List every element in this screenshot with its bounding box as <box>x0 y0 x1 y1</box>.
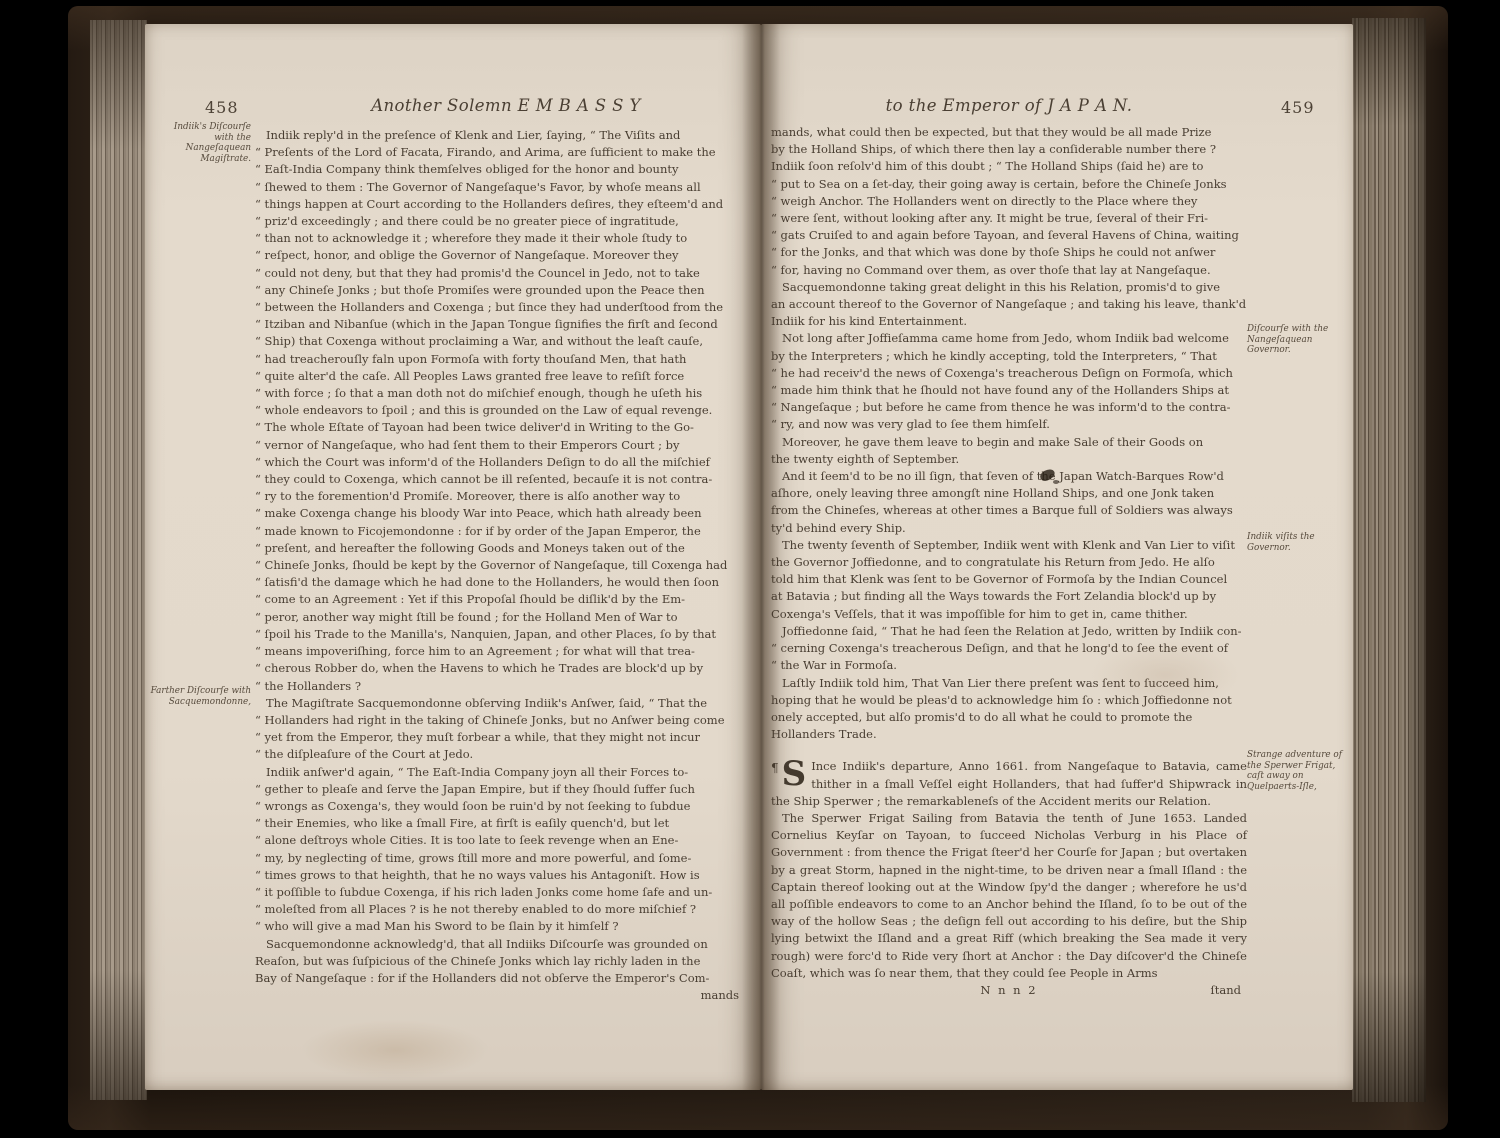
catchword: ſtand <box>1210 982 1241 999</box>
right-text-column: mands, what could then be expected, but … <box>771 124 1247 999</box>
paragraph: Indiik anſwer'd again, “ The Eaſt-India … <box>255 764 757 936</box>
book-photograph: 458 Another Solemn E M B A S S Y Indiik'… <box>0 0 1500 1138</box>
ink-blot <box>1053 480 1059 484</box>
paragraph: Moreover, he gave them leave to begin an… <box>771 434 1247 468</box>
paragraph-shipwreck-intro: ¶SInce Indiik's departure, Anno 1661. fr… <box>771 758 1247 810</box>
running-header-right: to the Emperor of J A P A N. <box>771 96 1247 115</box>
signature-mark: N n n 2 <box>771 982 1247 999</box>
right-page: 459 to the Emperor of J A P A N. Diſcour… <box>761 24 1353 1090</box>
paragraph: The Sperwer Frigat Sailing from Batavia … <box>771 810 1247 982</box>
left-text-column: Indiik reply'd in the preſence of Klenk … <box>255 127 757 1004</box>
margin-note: Strange adventure of the Sperwer Frigat,… <box>1247 750 1349 792</box>
running-header-left: Another Solemn E M B A S S Y <box>255 96 757 115</box>
catchword: mands <box>255 987 757 1004</box>
margin-note: Farther Diſcourſe with Sacquemondonne, <box>147 686 251 707</box>
drop-cap-letter: S <box>782 759 807 790</box>
paragraph: The Magiſtrate Sacquemondonne obſerving … <box>255 695 757 764</box>
page-stack-edge-left <box>90 20 147 1100</box>
paragraph: Laſtly Indiik told him, That Van Lier th… <box>771 675 1247 744</box>
page-number-left: 458 <box>205 98 239 117</box>
margin-note: Indiik's Diſcourſe with the Nangeſaquean… <box>155 122 251 164</box>
paragraph: mands, what could then be expected, but … <box>771 124 1247 279</box>
page-footer-line: N n n 2 ſtand <box>771 982 1247 999</box>
paragraph: Indiik reply'd in the preſence of Klenk … <box>255 127 757 695</box>
paragraph: The twenty ſeventh of September, Indiik … <box>771 537 1247 623</box>
paragraph: Not long after Joffieſamma came home fro… <box>771 330 1247 433</box>
paragraph: Sacquemondonne taking great delight in t… <box>771 279 1247 331</box>
margin-note: Diſcourſe with the Nangeſaquean Governor… <box>1247 324 1347 356</box>
page-number-right: 459 <box>1281 98 1315 117</box>
margin-note: Indiik viſits the Governor. <box>1247 532 1347 553</box>
paragraph-text: Ince Indiik's departure, Anno 1661. from… <box>771 759 1247 807</box>
paragraph: And it ſeem'd to be no ill ſign, that ſe… <box>771 468 1247 537</box>
left-page: 458 Another Solemn E M B A S S Y Indiik'… <box>145 24 761 1090</box>
paragraph: Joffiedonne ſaid, “ That he had ſeen the… <box>771 623 1247 675</box>
paragraph: Sacquemondonne acknowledg'd, that all In… <box>255 936 757 988</box>
page-stack-edge-right <box>1352 18 1426 1102</box>
book-gutter-shadow <box>742 24 780 1090</box>
